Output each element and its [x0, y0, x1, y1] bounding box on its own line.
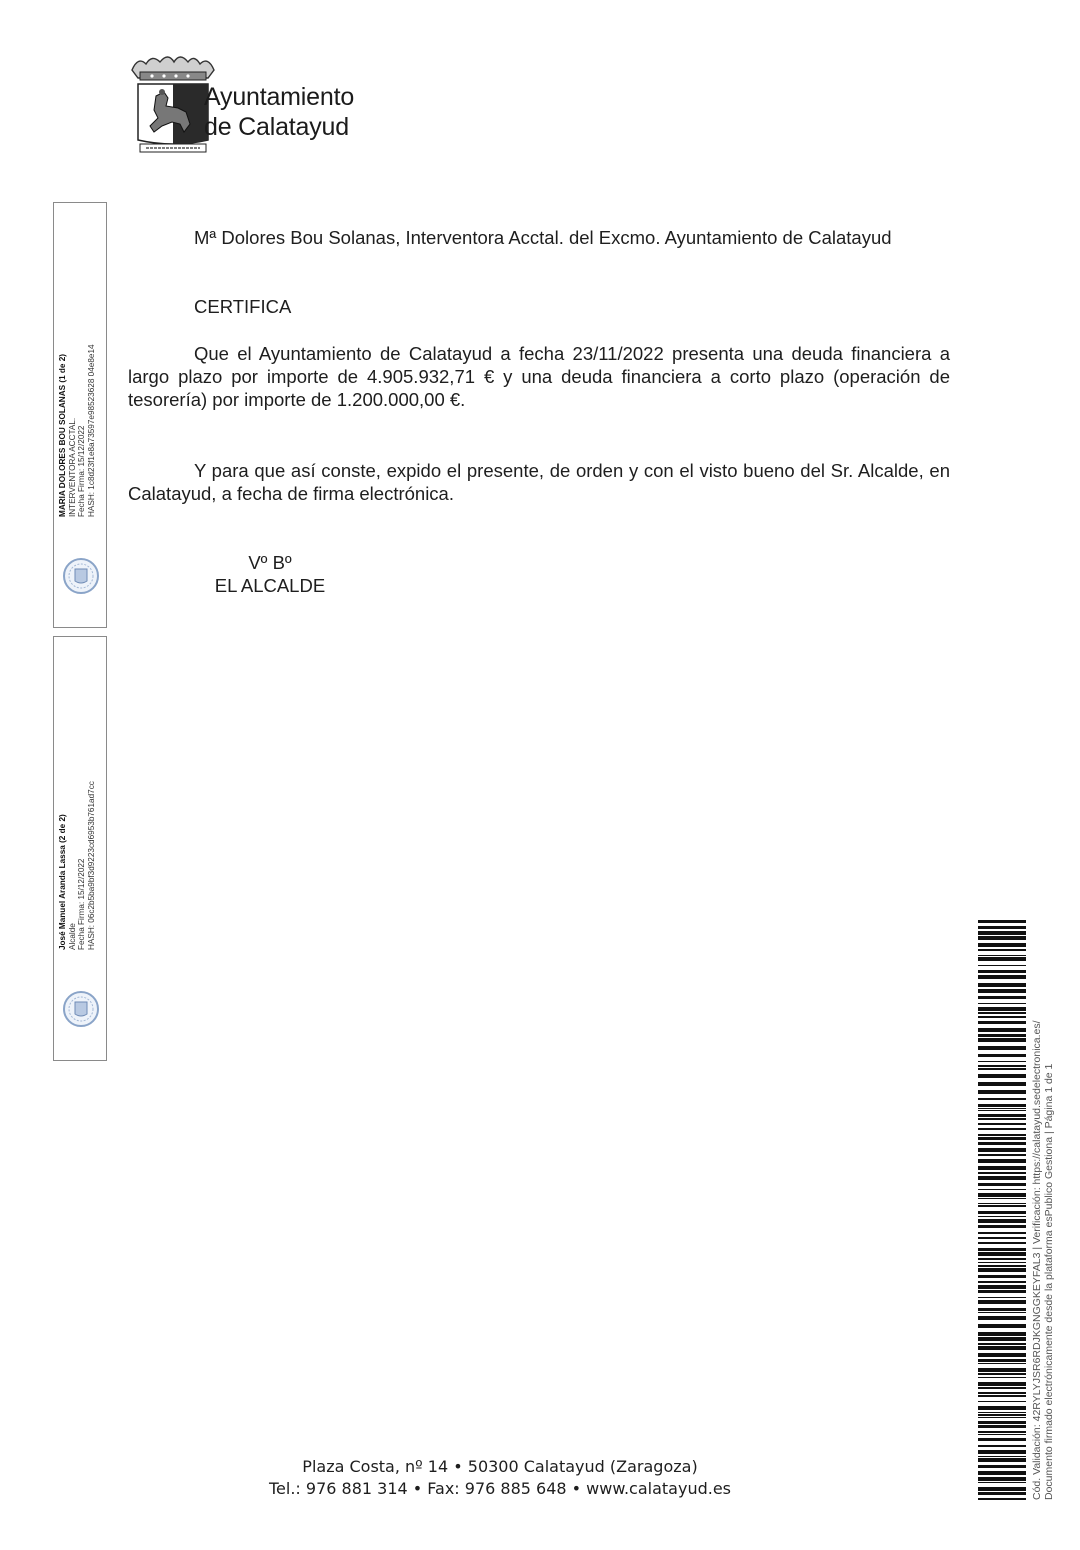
- validation-code[interactable]: Cód. Validación: 42RYLYJSR6RDJKGNGGKEYFA…: [1031, 980, 1043, 1500]
- signature-block-interventora: MARIA DOLORES BOU SOLANAS (1 de 2) INTER…: [53, 202, 107, 628]
- debt-certification-paragraph: Que el Ayuntamiento de Calatayud a fecha…: [128, 342, 950, 411]
- logo-line-2: de Calatayud: [204, 112, 354, 142]
- mayor-approval-block: Vº Bº EL ALCALDE: [200, 551, 340, 597]
- logo-line-1: Ayuntamiento: [204, 82, 354, 112]
- footer-address: Plaza Costa, nº 14 • 50300 Calatayud (Za…: [200, 1456, 800, 1478]
- visto-bueno-label: Vº Bº: [200, 551, 340, 574]
- validation-barcode: [978, 920, 1026, 1500]
- footer-contact: Plaza Costa, nº 14 • 50300 Calatayud (Za…: [200, 1456, 800, 1500]
- closing-paragraph: Y para que así conste, expido el present…: [128, 459, 950, 505]
- footer-phone-fax-web: Tel.: 976 881 314 • Fax: 976 885 648 • w…: [200, 1478, 800, 1500]
- official-seal-icon: [62, 555, 100, 597]
- certifica-heading: CERTIFICA: [128, 295, 1016, 318]
- municipality-logo: Ayuntamiento de Calatayud: [128, 52, 388, 157]
- signature-date: Fecha Firma: 15/12/2022: [77, 620, 87, 950]
- official-seal-icon: [62, 988, 100, 1030]
- signer-name: MARIA DOLORES BOU SOLANAS (1 de 2): [58, 187, 68, 517]
- signature-hash: HASH: 06c2b5ba9bf3d9223cd6953b761ad7cc: [87, 620, 97, 950]
- signer-name: José Manuel Aranda Lassa (2 de 2): [58, 620, 68, 950]
- signer-role: INTERVENTORA ACCTAL.: [68, 187, 78, 517]
- platform-notice: Documento firmado electrónicamente desde…: [1043, 980, 1055, 1500]
- signature-hash: HASH: 1c8d23f1e8a73597e98523628 04e8e14: [87, 187, 97, 517]
- logo-text: Ayuntamiento de Calatayud: [204, 82, 354, 142]
- validation-info: Cód. Validación: 42RYLYJSR6RDJKGNGGKEYFA…: [1031, 980, 1055, 1500]
- signature-block-alcalde: José Manuel Aranda Lassa (2 de 2) Alcald…: [53, 636, 107, 1061]
- mayor-title: EL ALCALDE: [200, 574, 340, 597]
- signature-details: MARIA DOLORES BOU SOLANAS (1 de 2) INTER…: [58, 187, 96, 517]
- signature-date: Fecha Firma: 15/12/2022: [77, 187, 87, 517]
- certifier-statement: Mª Dolores Bou Solanas, Interventora Acc…: [128, 226, 950, 249]
- signature-details: José Manuel Aranda Lassa (2 de 2) Alcald…: [58, 620, 96, 950]
- signer-role: Alcalde: [68, 620, 78, 950]
